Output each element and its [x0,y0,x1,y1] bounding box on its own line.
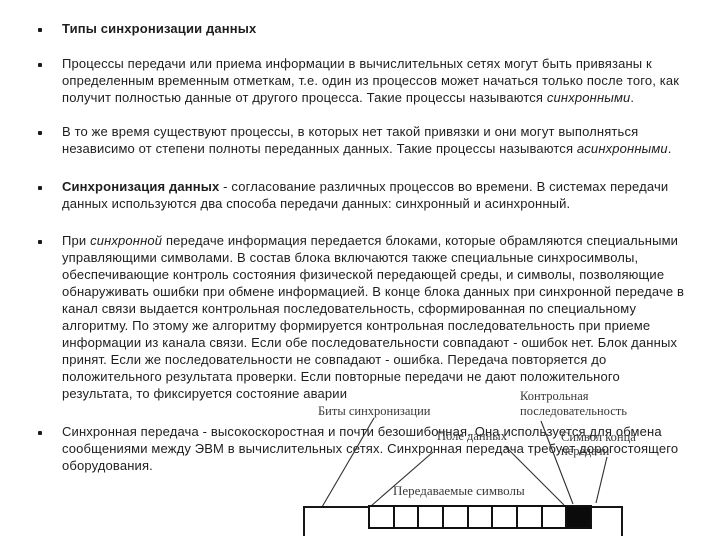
bullet-text-definition: Синхронизация данных - согласование разл… [62,178,688,212]
frame-cell [541,505,568,529]
bullet-marker [38,240,42,244]
bullet-text-sync-transfer-usage: Синхронная передача - высокоскоростная и… [62,423,688,474]
frame-top-line [303,506,623,508]
frame-cell [417,505,444,529]
frame-cell-filled [565,505,592,529]
bullet-item-title: Типы синхронизации данных [38,20,688,37]
bullet-item: Синхронизация данных - согласование разл… [38,178,688,212]
label-sync-bits: Биты синхронизации [318,404,430,419]
bullet-marker [38,186,42,190]
bullet-marker [38,28,42,32]
frame-cell [516,505,543,529]
bullet-text-sync-processes: Процессы передачи или приема информации … [62,55,688,106]
frame-cell [442,505,469,529]
bullet-marker [38,63,42,67]
bullet-text-async-processes: В то же время существуют процессы, в кот… [62,123,688,157]
slide-title: Типы синхронизации данных [62,20,688,37]
frame-left-bracket [303,506,305,536]
slide-page: Типы синхронизации данных Процессы перед… [0,0,720,540]
frame-cell [368,505,395,529]
frame-cell [393,505,420,529]
frame-right-bracket [621,506,623,536]
label-transmitted-symbols: Передаваемые символы [393,483,525,498]
frame-cell [491,505,518,529]
bullet-item: В то же время существуют процессы, в кот… [38,123,688,157]
bullet-item: Процессы передачи или приема информации … [38,55,688,106]
bullet-item: Синхронная передача - высокоскоростная и… [38,423,688,474]
bullet-item: При синхронной передаче информация перед… [38,232,688,402]
bullet-text-sync-transfer-details: При синхронной передаче информация перед… [62,232,688,402]
frame-cell [467,505,494,529]
bullet-marker [38,131,42,135]
bullet-marker [38,431,42,435]
frame-cells [368,505,592,529]
